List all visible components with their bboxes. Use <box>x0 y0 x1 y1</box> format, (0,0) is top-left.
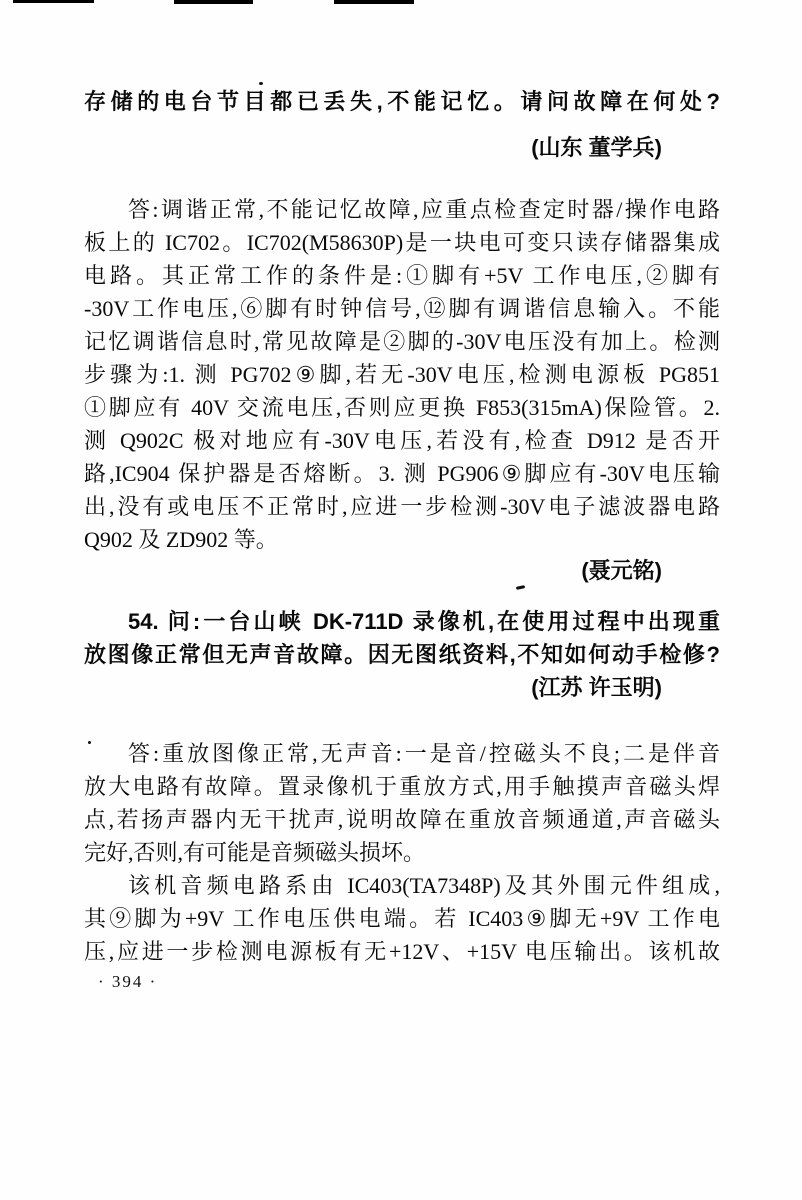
text-line: ①脚应有 40V 交流电压,否则应更换 F853(315mA)保险管。2. <box>84 391 720 424</box>
scan-artifact-bar <box>13 0 94 3</box>
q53-answerer-byline: (聂元铭) <box>84 554 720 587</box>
q53-question-tail: 存储的电台节目都已丢失,不能记忆。请问故障在何处? <box>84 85 720 118</box>
page-number: · 394 · <box>98 972 157 992</box>
text-line: 点,若扬声器内无干扰声,说明故障在重放音频通道,声音磁头 <box>84 803 720 836</box>
q54-question-paragraph: 54. 问:一台山峡 DK-711D 录像机,在使用过程中出现重 放图像正常但无… <box>84 605 720 671</box>
text-line: 完好,否则,有可能是音频磁头损坏。 <box>84 836 720 869</box>
scan-artifact-bar <box>334 0 414 4</box>
text-line: Q902 及 ZD902 等。 <box>84 523 720 556</box>
text-line: 板上的 IC702。IC702(M58630P)是一块电可变只读存储器集成 <box>84 226 720 259</box>
q53-answer-paragraph: 答:调谐正常,不能记忆故障,应重点检查定时器/操作电路 板上的 IC702。IC… <box>84 193 720 556</box>
q54-asker-byline: (江苏 许玉明) <box>84 671 720 704</box>
text-line: 该机音频电路系由 IC403(TA7348P)及其外围元件组成, <box>84 869 720 902</box>
text-line: 54. 问:一台山峡 DK-711D 录像机,在使用过程中出现重 <box>84 605 720 638</box>
text-line: 电路。其正常工作的条件是:①脚有+5V 工作电压,②脚有 <box>84 259 720 292</box>
text-line: 放大电路有故障。置录像机于重放方式,用手触摸声音磁头焊 <box>84 770 720 803</box>
q54-answer-paragraph-1: 答:重放图像正常,无声音:一是音/控磁头不良;二是伴音 放大电路有故障。置录像机… <box>84 737 720 869</box>
text-line: 压,应进一步检测电源板有无+12V、+15V 电压输出。该机故 <box>84 935 720 968</box>
text-line: 路,IC904 保护器是否熔断。3. 测 PG906⑨脚应有-30V电压输 <box>84 457 720 490</box>
text-line: 测 Q902C 极对地应有-30V电压,若没有,检查 D912 是否开 <box>84 424 720 457</box>
q53-asker-byline: (山东 董学兵) <box>84 131 720 164</box>
scanned-book-page: 存储的电台节目都已丢失,不能记忆。请问故障在何处? (山东 董学兵) 答:调谐正… <box>0 0 802 1200</box>
text-line: 出,没有或电压不正常时,应进一步检测-30V电子滤波器电路 <box>84 490 720 523</box>
text-line: 步骤为:1. 测 PG702⑨脚,若无-30V电压,检测电源板 PG851 <box>84 358 720 391</box>
page-content: 存储的电台节目都已丢失,不能记忆。请问故障在何处? (山东 董学兵) 答:调谐正… <box>84 85 720 968</box>
q54-answer-paragraph-2: 该机音频电路系由 IC403(TA7348P)及其外围元件组成, 其⑨脚为+9V… <box>84 869 720 968</box>
text-line: 其⑨脚为+9V 工作电压供电端。若 IC403⑨脚无+9V 工作电 <box>84 902 720 935</box>
scan-artifact-bar <box>174 0 253 4</box>
text-line: 答:重放图像正常,无声音:一是音/控磁头不良;二是伴音 <box>84 737 720 770</box>
text-line: 答:调谐正常,不能记忆故障,应重点检查定时器/操作电路 <box>84 193 720 226</box>
text-line: -30V工作电压,⑥脚有时钟信号,⑫脚有调谐信息输入。不能 <box>84 292 720 325</box>
text-line: 放图像正常但无声音故障。因无图纸资料,不知如何动手检修? <box>84 638 720 671</box>
text-line: 记忆调谐信息时,常见故障是②脚的-30V电压没有加上。检测 <box>84 325 720 358</box>
